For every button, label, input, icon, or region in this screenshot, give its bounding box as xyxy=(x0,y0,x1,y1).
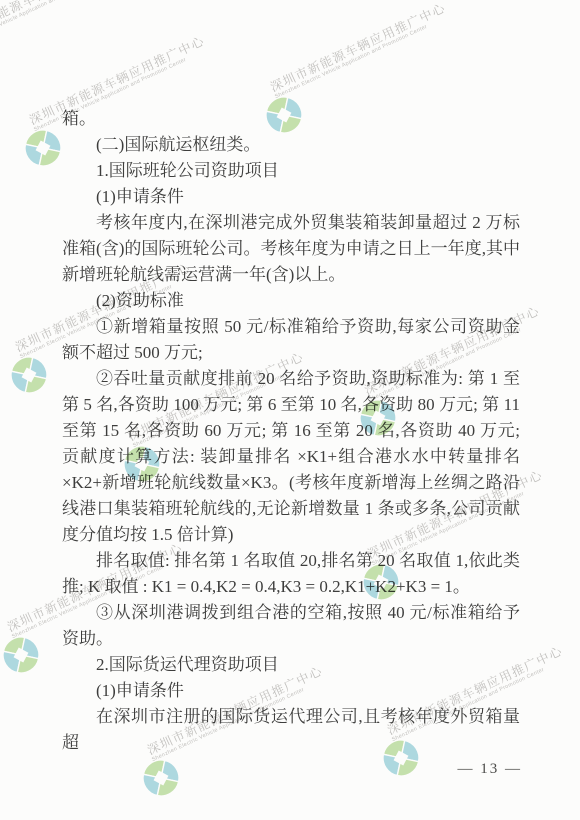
watermark-text: 深圳市新能源车辆应用推广中心 Shenzhen Electric Vehicle… xyxy=(269,2,451,101)
paragraph: (2)资助标准 xyxy=(62,288,520,314)
document-body: 箱。(二)国际航运枢纽类。1.国际班轮公司资助项目(1)申请条件考核年度内,在深… xyxy=(62,106,520,756)
document-page: 深圳市新能源车辆应用推广中心 Shenzhen Electric Vehicle… xyxy=(0,0,580,820)
watermark: 深圳市新能源车辆应用推广中心 Shenzhen Electric Vehicle… xyxy=(140,758,380,818)
paragraph: (1)申请条件 xyxy=(62,184,520,210)
paragraph: ②吞吐量贡献度排前 20 名给予资助,资助标准为: 第 1 至第 5 名,各资助… xyxy=(62,366,520,548)
page-number: — 13 — xyxy=(458,761,523,778)
ev-center-logo-icon xyxy=(8,355,50,395)
paragraph: 1.国际班轮公司资助项目 xyxy=(62,158,520,184)
watermark-text: 深圳市新能源车辆应用推广中心 Shenzhen Electric Vehicle… xyxy=(0,0,128,51)
paragraph: (二)国际航运枢纽类。 xyxy=(62,132,520,158)
watermark-chinese-text: 深圳市新能源车辆应用推广中心 xyxy=(269,2,448,95)
paragraph: 2.国际货运代理资助项目 xyxy=(62,652,520,678)
paragraph: 考核年度内,在深圳港完成外贸集装箱装卸量超过 2 万标准箱(含)的国际班轮公司。… xyxy=(62,210,520,288)
ev-center-logo-icon xyxy=(22,128,64,168)
watermark-chinese-text: 深圳市新能源车辆应用推广中心 xyxy=(0,0,125,45)
watermark: 深圳市新能源车辆应用推广中心 Shenzhen Electric Vehicle… xyxy=(0,45,180,105)
paragraph: 在深圳市注册的国际货运代理公司,且考核年度外贸箱量超 xyxy=(62,704,520,756)
ev-center-logo-icon xyxy=(0,635,42,675)
paragraph: ①新增箱量按照 50 元/标准箱给予资助,每家公司资助金额不超过 500 万元; xyxy=(62,314,520,366)
watermark-english-text: Shenzhen Electric Vehicle Application an… xyxy=(275,15,451,101)
paragraph: ③从深圳港调拨到组合港的空箱,按照 40 元/标准箱给予资助。 xyxy=(62,600,520,652)
watermark-english-text: Shenzhen Electric Vehicle Application an… xyxy=(0,0,128,51)
paragraph: 箱。 xyxy=(62,106,520,132)
paragraph: (1)申请条件 xyxy=(62,678,520,704)
ev-center-logo-icon xyxy=(140,758,182,798)
paragraph: 排名取值: 排名第 1 名取值 20,排名第 20 名取值 1,依此类推; K … xyxy=(62,548,520,600)
